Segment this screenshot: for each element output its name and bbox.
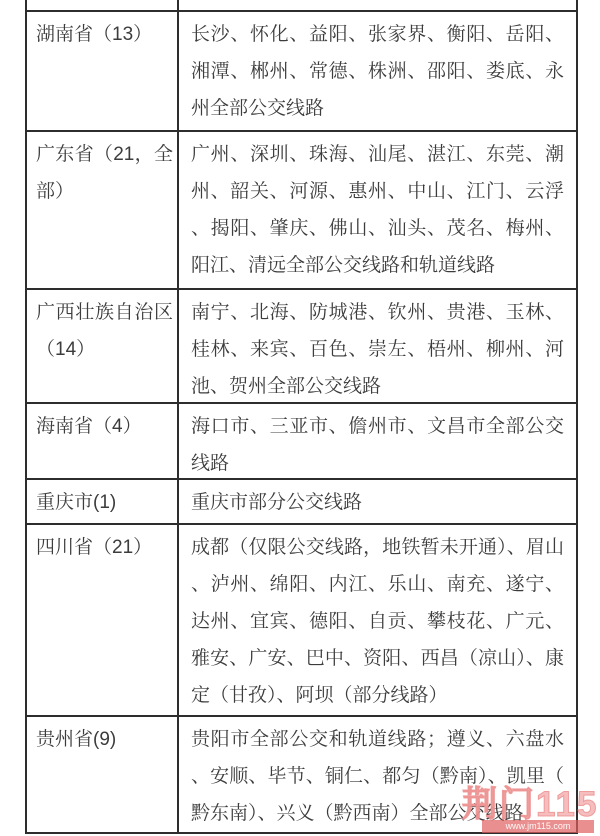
province-cell: 湖南省（13）: [27, 12, 179, 130]
cities-cell: [179, 0, 576, 10]
cities-cell: 贵阳市全部公交和轨道线路；遵义、六盘水、安顺、毕节、铜仁、都匀（黔南）、凯里（黔…: [179, 717, 576, 832]
province-cell: 贵州省(9): [27, 717, 179, 832]
table-row: 重庆市(1) 重庆市部分公交线路: [27, 478, 576, 523]
provinces-table-body: 湖南省（13） 长沙、怀化、益阳、张家界、衡阳、岳阳、湘潭、郴州、常德、株洲、邵…: [27, 10, 576, 832]
cities-cell: 广州、深圳、珠海、汕尾、湛江、东莞、潮州、韶关、河源、惠州、中山、江门、云浮、揭…: [179, 132, 576, 288]
cities-cell: 长沙、怀化、益阳、张家界、衡阳、岳阳、湘潭、郴州、常德、株洲、邵阳、娄底、永州全…: [179, 12, 576, 130]
province-cell: 海南省（4）: [27, 404, 179, 478]
cities-cell: 南宁、北海、防城港、钦州、贵港、玉林、桂林、来宾、百色、崇左、梧州、柳州、河池、…: [179, 290, 576, 402]
province-cell: 重庆市(1): [27, 480, 179, 523]
provinces-table: 湖南省（13） 长沙、怀化、益阳、张家界、衡阳、岳阳、湘潭、郴州、常德、株洲、邵…: [25, 0, 578, 834]
table-row-remnant: [27, 0, 576, 10]
table-row: 广东省（21，全部） 广州、深圳、珠海、汕尾、湛江、东莞、潮州、韶关、河源、惠州…: [27, 130, 576, 288]
province-cell: 广西壮族自治区（14）: [27, 290, 179, 402]
province-cell: 四川省（21）: [27, 525, 179, 715]
cities-cell: 重庆市部分公交线路: [179, 480, 576, 523]
table-row: 湖南省（13） 长沙、怀化、益阳、张家界、衡阳、岳阳、湘潭、郴州、常德、株洲、邵…: [27, 10, 576, 130]
cities-cell: 成都（仅限公交线路，地铁暂未开通）、眉山、泸州、绵阳、内江、乐山、南充、遂宁、达…: [179, 525, 576, 715]
province-cell: 广东省（21，全部）: [27, 132, 179, 288]
table-row: 海南省（4） 海口市、三亚市、儋州市、文昌市全部公交线路: [27, 402, 576, 478]
table-row: 贵州省(9) 贵阳市全部公交和轨道线路；遵义、六盘水、安顺、毕节、铜仁、都匀（黔…: [27, 715, 576, 832]
province-cell: [27, 0, 179, 10]
table-row: 四川省（21） 成都（仅限公交线路，地铁暂未开通）、眉山、泸州、绵阳、内江、乐山…: [27, 523, 576, 715]
cities-cell: 海口市、三亚市、儋州市、文昌市全部公交线路: [179, 404, 576, 478]
screenshot-stage: 湖南省（13） 长沙、怀化、益阳、张家界、衡阳、岳阳、湘潭、郴州、常德、株洲、邵…: [0, 0, 600, 836]
table-row: 广西壮族自治区（14） 南宁、北海、防城港、钦州、贵港、玉林、桂林、来宾、百色、…: [27, 288, 576, 402]
